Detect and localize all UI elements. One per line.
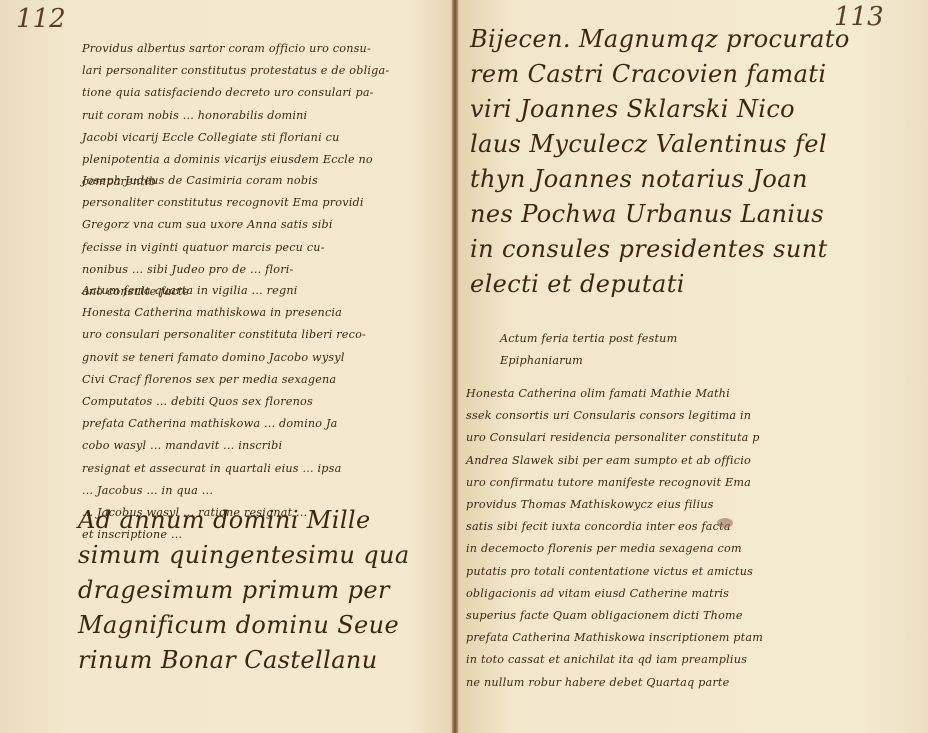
manuscript-spread: 112 Providus albertus sartor coram offic… xyxy=(0,0,928,733)
folio-number-left: 112 xyxy=(16,4,66,34)
heading-right: Bijecen. Magnumqz procurato rem Castri C… xyxy=(470,22,850,302)
entry-right: Honesta Catherina olim famati Mathie Mat… xyxy=(466,383,763,694)
left-page: 112 Providus albertus sartor coram offic… xyxy=(0,0,452,733)
heading-left: Ad annum domini Mille simum quingentesim… xyxy=(78,503,410,678)
ink-stain xyxy=(717,518,733,528)
actum-line: Actum feria tertia post festum Epiphania… xyxy=(500,328,677,372)
right-page: 113 Bijecen. Magnumqz procurato rem Cast… xyxy=(458,0,928,733)
